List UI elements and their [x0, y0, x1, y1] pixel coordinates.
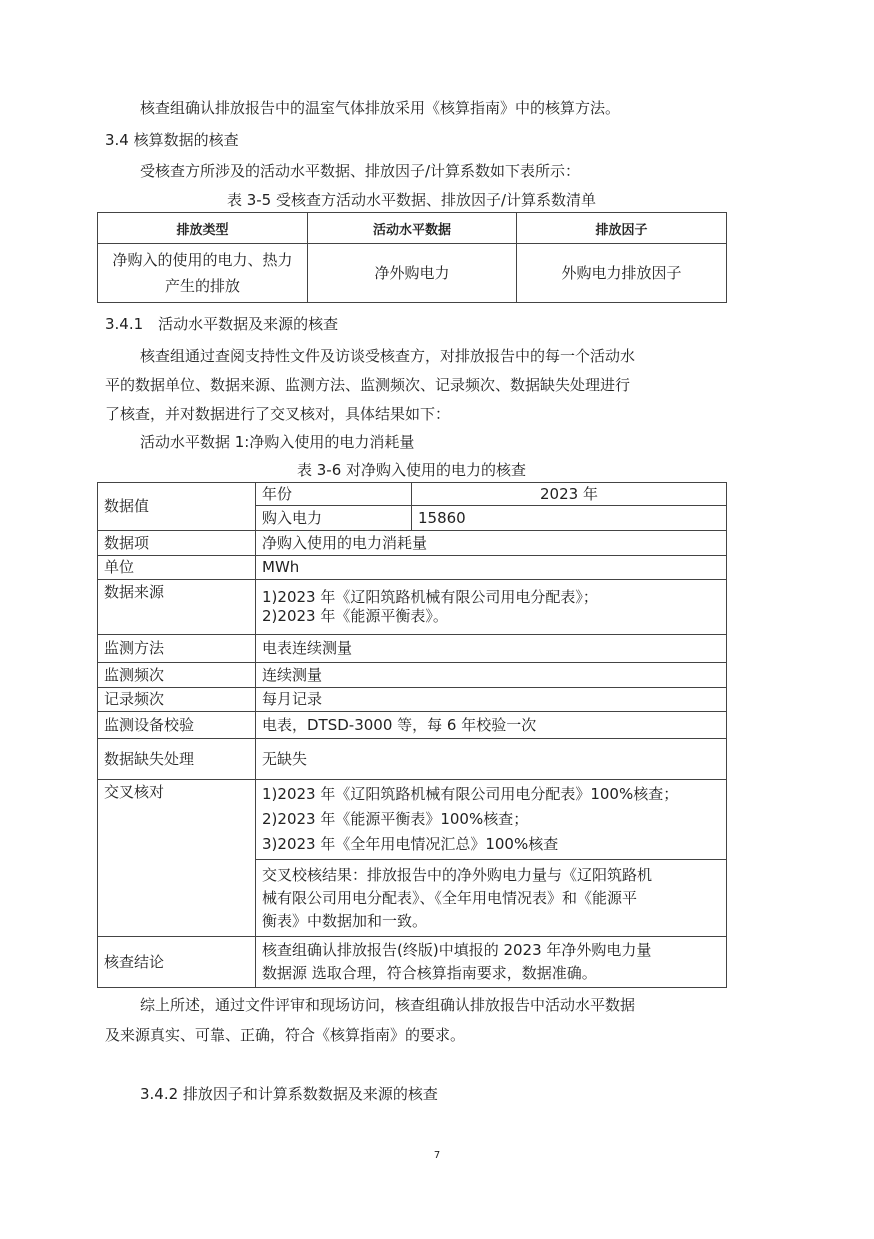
row-label: 数据来源 [98, 580, 256, 635]
table-row: 记录频次 每月记录 [98, 688, 727, 712]
table-row: 数据来源 1)2023 年《辽阳筑路机械有限公司用电分配表》； 2)2023 年… [98, 580, 727, 635]
value-year: 2023 年 [412, 483, 727, 506]
row-label: 数据缺失处理 [98, 739, 256, 780]
conclusion-line: 数据源 选取合理，符合核算指南要求，数据准确。 [262, 962, 720, 985]
row-value: 1)2023 年《辽阳筑路机械有限公司用电分配表》； 2)2023 年《能源平衡… [256, 580, 727, 635]
table-row: 监测设备校验 电表，DTSD-3000 等，每 6 年校验一次 [98, 712, 727, 739]
source-line: 2)2023 年《能源平衡表》。 [262, 607, 720, 626]
row-value: 电表连续测量 [256, 635, 727, 663]
result-line: 交叉校核结果：排放报告中的净外购电力量与《辽阳筑路机 [262, 864, 720, 887]
row-value: 连续测量 [256, 663, 727, 688]
cell-emission-factor: 外购电力排放因子 [517, 244, 727, 303]
conclusion-line: 核查组确认排放报告(终版)中填报的 2023 年净外购电力量 [262, 939, 720, 962]
row-value: 每月记录 [256, 688, 727, 712]
header-activity-data: 活动水平数据 [308, 213, 517, 244]
result-line: 械有限公司用电分配表》、《全年用电情况表》和《能源平 [262, 887, 720, 910]
table-3-6-caption: 表 3-6 对净购入使用的电力的核查 [97, 459, 726, 480]
row-value: 1)2023 年《辽阳筑路机械有限公司用电分配表》100%核查； 2)2023 … [256, 780, 727, 860]
row-label: 交叉核对 [98, 780, 256, 937]
paragraph-accounting-method: 核查组确认排放报告中的温室气体排放采用《核算指南》中的核算方法。 [140, 98, 620, 118]
heading-3-4: 3.4 核算数据的核查 [105, 130, 239, 150]
paragraph-activity-data-1: 活动水平数据 1:净购入使用的电力消耗量 [140, 432, 414, 452]
row-label: 监测设备校验 [98, 712, 256, 739]
heading-3-4-1: 3.4.1 活动水平数据及来源的核查 [105, 314, 338, 334]
row-label: 单位 [98, 556, 256, 580]
table-row: 数据值 年份 2023 年 [98, 483, 727, 506]
table-header-row: 排放类型 活动水平数据 排放因子 [98, 213, 727, 244]
row-value: 净购入使用的电力消耗量 [256, 531, 727, 556]
cross-check-line: 3)2023 年《全年用电情况汇总》100%核查 [262, 832, 720, 857]
table-row: 监测频次 连续测量 [98, 663, 727, 688]
table-3-5: 排放类型 活动水平数据 排放因子 净购入的使用的电力、热力产生的排放 净外购电力… [97, 212, 727, 303]
paragraph-table-intro: 受核查方所涉及的活动水平数据、排放因子/计算系数如下表所示： [140, 161, 580, 181]
table-row: 单位 MWh [98, 556, 727, 580]
label-year: 年份 [256, 483, 412, 506]
cross-check-line: 2)2023 年《能源平衡表》100%核查； [262, 807, 720, 832]
result-line: 衡表》中数据加和一致。 [262, 910, 720, 933]
table-row: 数据项 净购入使用的电力消耗量 [98, 531, 727, 556]
table-3-6: 数据值 年份 2023 年 购入电力 15860 数据项 净购入使用的电力消耗量… [97, 482, 727, 988]
table-3-5-caption: 表 3-5 受核查方活动水平数据、排放因子/计算系数清单 [97, 189, 726, 210]
header-emission-type: 排放类型 [98, 213, 308, 244]
paragraph-verification-line1: 核查组通过查阅支持性文件及访谈受核查方，对排放报告中的每一个活动水 [140, 346, 635, 366]
row-label: 数据项 [98, 531, 256, 556]
heading-3-4-2: 3.4.2 排放因子和计算系数数据及来源的核查 [140, 1084, 438, 1104]
page-number: 7 [0, 1150, 874, 1161]
paragraph-verification-line3: 了核查，并对数据进行了交叉核对，具体结果如下： [105, 404, 450, 424]
value-purchased-power: 15860 [412, 506, 727, 531]
table-row: 核查结论 核查组确认排放报告(终版)中填报的 2023 年净外购电力量 数据源 … [98, 937, 727, 988]
cross-check-line: 1)2023 年《辽阳筑路机械有限公司用电分配表》100%核查； [262, 782, 720, 807]
table-row: 交叉核对 1)2023 年《辽阳筑路机械有限公司用电分配表》100%核查； 2)… [98, 780, 727, 860]
row-label: 监测频次 [98, 663, 256, 688]
table-row: 净购入的使用的电力、热力产生的排放 净外购电力 外购电力排放因子 [98, 244, 727, 303]
source-line: 1)2023 年《辽阳筑路机械有限公司用电分配表》； [262, 588, 720, 607]
table-row: 监测方法 电表连续测量 [98, 635, 727, 663]
table-row: 数据缺失处理 无缺失 [98, 739, 727, 780]
row-label: 记录频次 [98, 688, 256, 712]
cross-check-result: 交叉校核结果：排放报告中的净外购电力量与《辽阳筑路机 械有限公司用电分配表》、《… [256, 860, 727, 937]
header-emission-factor: 排放因子 [517, 213, 727, 244]
paragraph-verification-line2: 平的数据单位、数据来源、监测方法、监测频次、记录频次、数据缺失处理进行 [105, 375, 630, 395]
row-label: 核查结论 [98, 937, 256, 988]
row-value: 核查组确认排放报告(终版)中填报的 2023 年净外购电力量 数据源 选取合理，… [256, 937, 727, 988]
paragraph-summary-line2: 及来源真实、可靠、正确，符合《核算指南》的要求。 [105, 1025, 465, 1045]
label-purchased-power: 购入电力 [256, 506, 412, 531]
row-value: 无缺失 [256, 739, 727, 780]
row-value: 电表，DTSD-3000 等，每 6 年校验一次 [256, 712, 727, 739]
row-value: MWh [256, 556, 727, 580]
label-data-value: 数据值 [98, 483, 256, 531]
cell-emission-type: 净购入的使用的电力、热力产生的排放 [98, 244, 308, 303]
row-label: 监测方法 [98, 635, 256, 663]
cell-activity-data: 净外购电力 [308, 244, 517, 303]
paragraph-summary-line1: 综上所述，通过文件评审和现场访问，核查组确认排放报告中活动水平数据 [140, 995, 635, 1015]
